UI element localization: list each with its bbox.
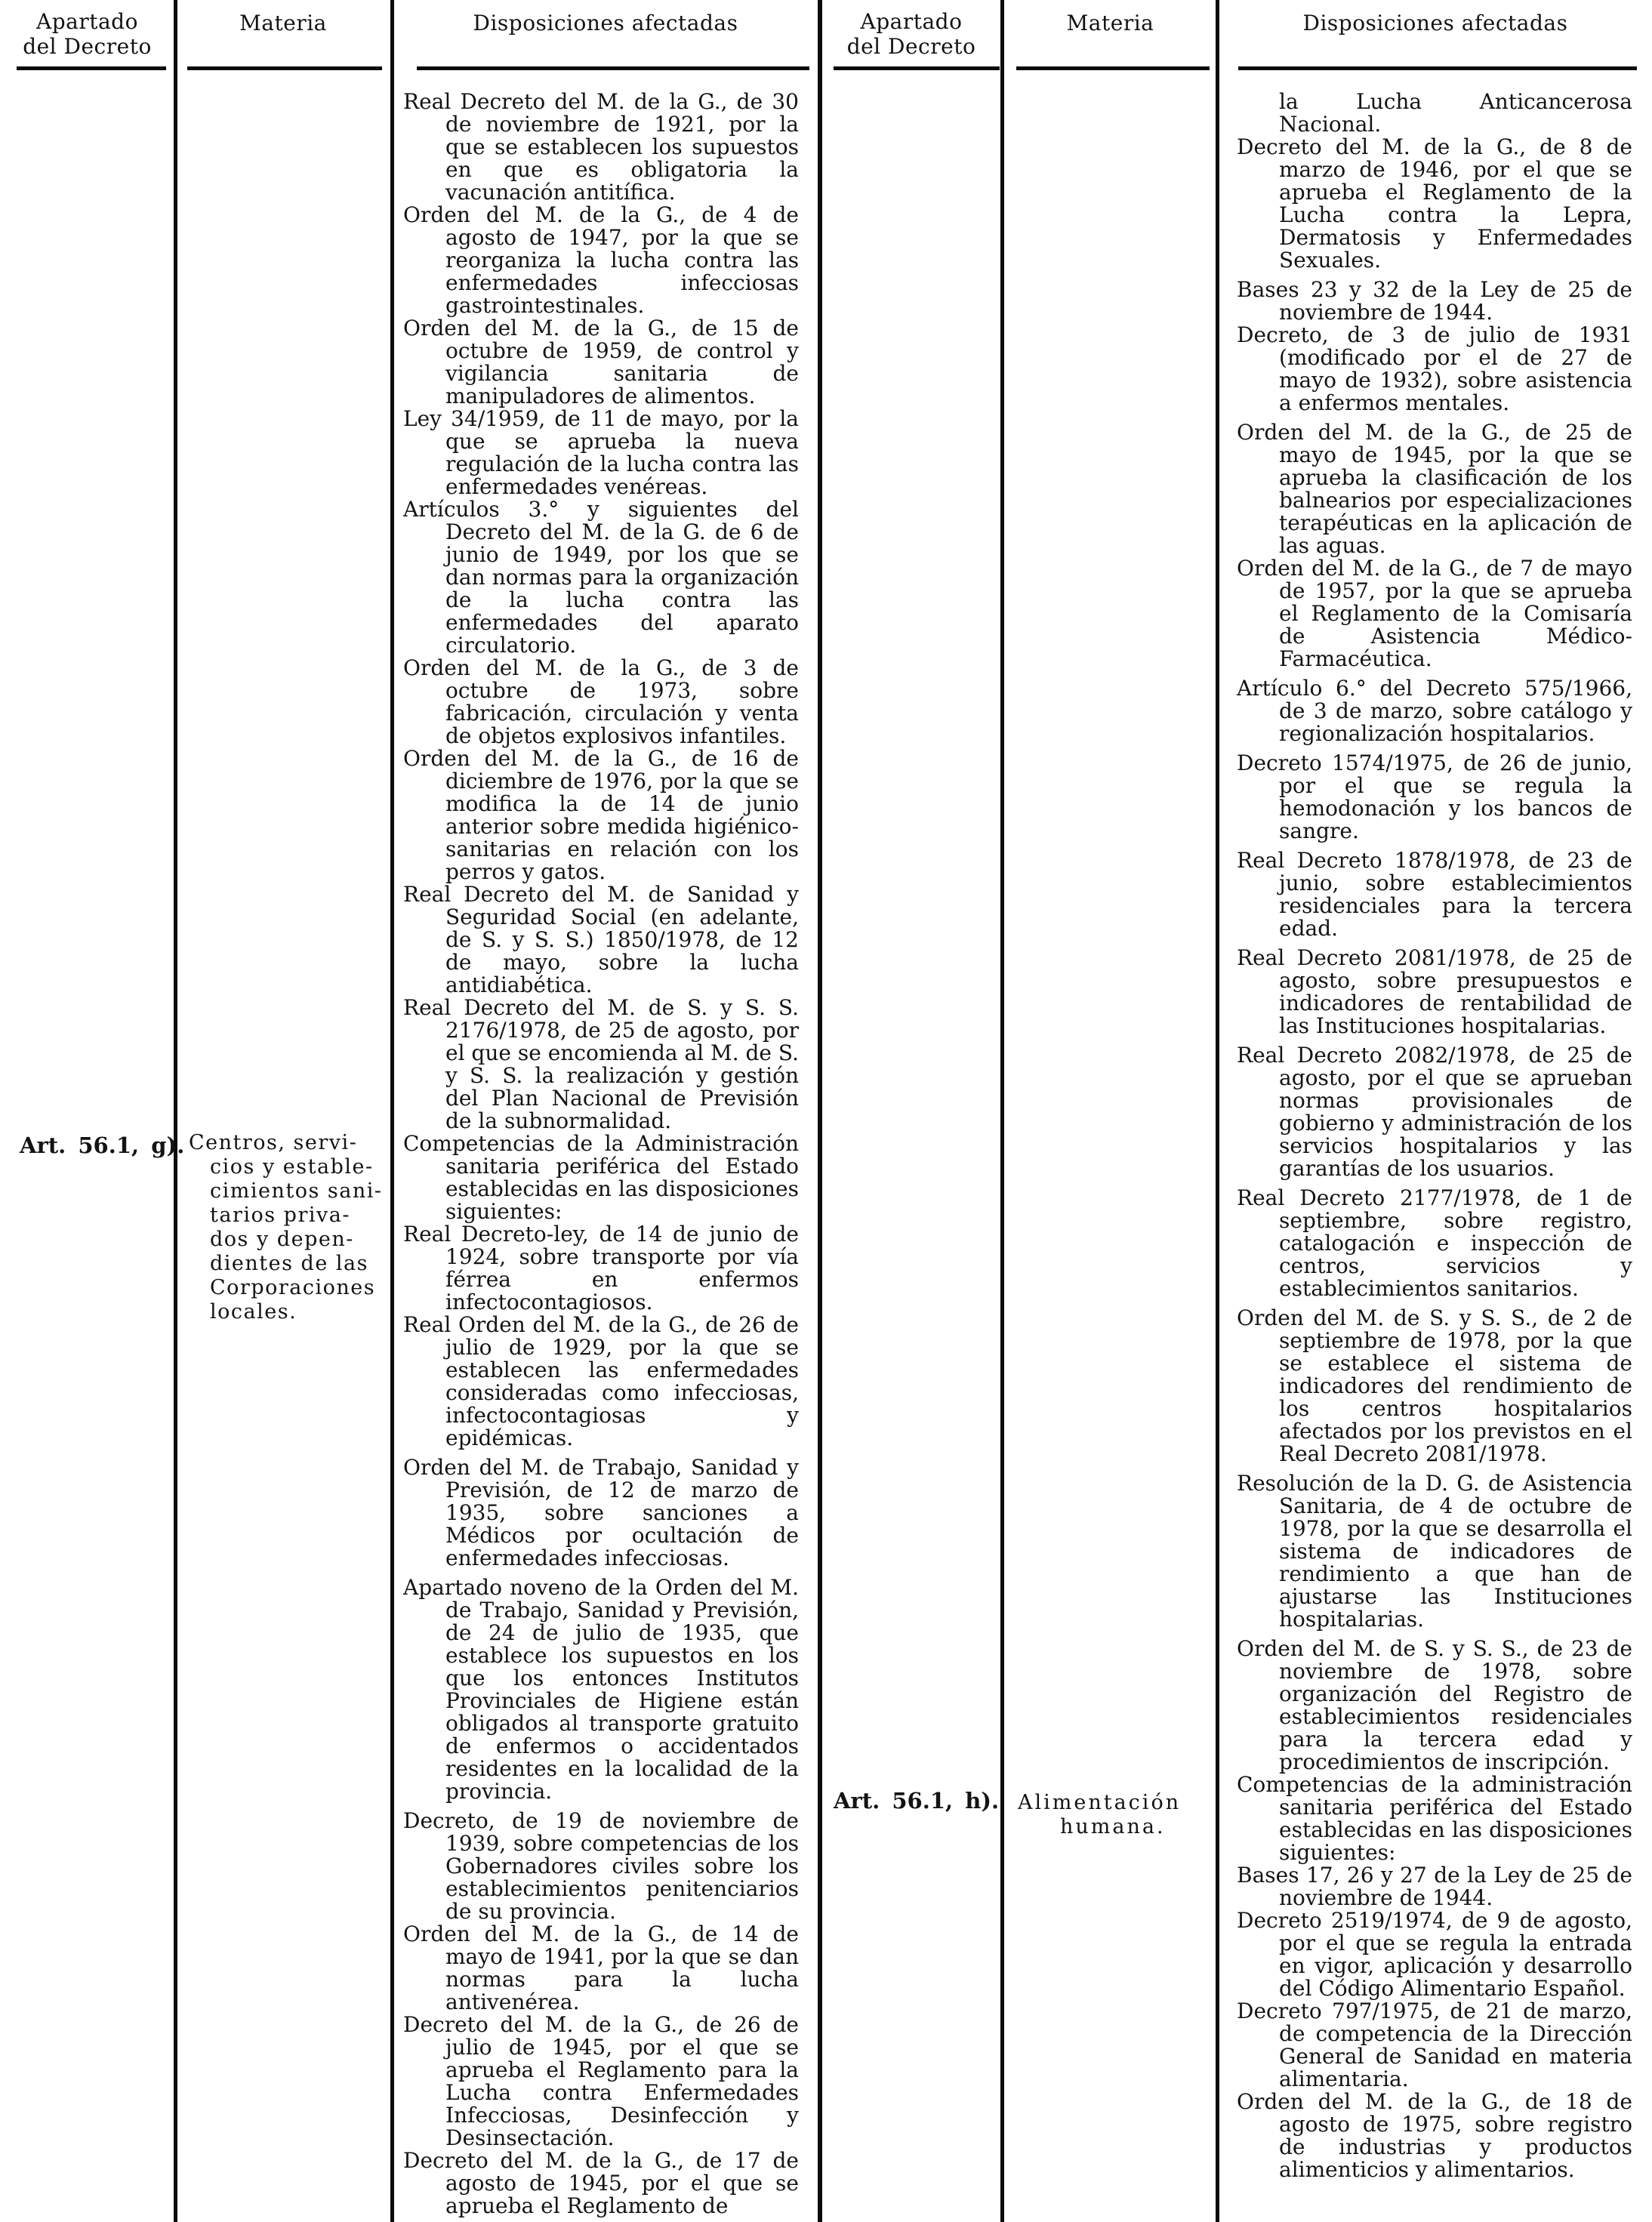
header-rule (1016, 66, 1210, 70)
gazette-page: Apartado del Decreto Materia Disposicion… (0, 0, 1652, 2222)
header-disposiciones-right: Disposiciones afectadas (1227, 11, 1644, 35)
disposicion-entry: Orden del M. de la G., de 16 de diciembr… (403, 747, 799, 883)
disposicion-entry: Decreto 797/1975, de 21 de marzo, de com… (1237, 2000, 1632, 2091)
disposicion-entry: Orden del M. de Trabajo, Sanidad y Previ… (403, 1456, 799, 1570)
disposiciones-column-left: Real Decreto del M. de la G., de 30 de n… (403, 91, 799, 2217)
disposicion-entry: Orden del M. de la G., de 15 de octubre … (403, 317, 799, 408)
divider-center (818, 0, 822, 2222)
disposicion-entry: Artículo 6.° del Decreto 575/1966, de 3 … (1237, 677, 1632, 745)
disposicion-entry: Orden del M. de la G., de 4 de agosto de… (403, 204, 799, 317)
disposicion-entry: Real Orden del M. de la G., de 26 de jul… (403, 1314, 799, 1450)
divider-left-col2-col3 (390, 0, 394, 2222)
divider-right-col2-col3 (1216, 0, 1219, 2222)
disposicion-entry: Decreto, de 19 de noviembre de 1939, sob… (403, 1810, 799, 1923)
header-rule (417, 66, 809, 70)
header-rule (17, 66, 166, 70)
disposicion-entry: Real Decreto del M. de S. y S. S. 2176/1… (403, 997, 799, 1133)
disposiciones-column-right: la Lucha Anticancerosa Nacional.Decreto … (1237, 91, 1632, 2181)
header-materia-left: Materia (181, 11, 385, 35)
disposicion-entry: Competencias de la administración sanita… (1237, 1774, 1632, 1864)
divider-left-col1-col2 (174, 0, 177, 2222)
header-rule (834, 66, 1000, 70)
header-disposiciones-left: Disposiciones afectadas (399, 11, 812, 35)
disposicion-entry: Ley 34/1959, de 11 de mayo, por la que s… (403, 408, 799, 498)
disposicion-entry: Decreto 1574/1975, de 26 de junio, por e… (1237, 752, 1632, 843)
disposicion-entry: Decreto del M. de la G., de 8 de marzo d… (1237, 136, 1632, 272)
disposicion-entry: Decreto del M. de la G., de 26 de julio … (403, 2014, 799, 2150)
materia-entry-right: Alimentación humana. (1018, 1791, 1255, 1839)
disposicion-entry: Decreto, de 3 de julio de 1931 (modifica… (1237, 324, 1632, 415)
disposicion-entry: Competencias de la Administración sanita… (403, 1133, 799, 1223)
disposicion-entry: Real Decreto 2082/1978, de 25 de agosto,… (1237, 1044, 1632, 1180)
disposicion-entry: Orden del M. de la G., de 14 de mayo de … (403, 1923, 799, 2014)
disposicion-entry: Orden del M. de la G., de 7 de mayo de 1… (1237, 557, 1632, 670)
disposicion-entry: Decreto 2519/1974, de 9 de agosto, por e… (1237, 1909, 1632, 2000)
disposicion-entry: Apartado noveno de la Orden del M. de Tr… (403, 1576, 799, 1803)
disposicion-entry: Real Decreto del M. de la G., de 30 de n… (403, 91, 799, 204)
disposicion-entry: Artículos 3.° y siguientes del Decreto d… (403, 498, 799, 657)
divider-right-col1-col2 (1000, 0, 1004, 2222)
disposicion-entry: Real Decreto 1878/1978, de 23 de junio, … (1237, 849, 1632, 940)
materia-entry-left: Centros, servi- cios y estable- cimiento… (189, 1131, 408, 1324)
apartado-entry-right: Art. 56.1, h). (834, 1788, 999, 1814)
header-apartado-right: Apartado del Decreto (828, 9, 995, 59)
disposicion-entry: Orden del M. de la G., de 3 de octubre d… (403, 657, 799, 747)
disposicion-entry: Orden del M. de la G., de 25 de mayo de … (1237, 421, 1632, 557)
disposicion-entry: Decreto del M. de la G., de 17 de agosto… (403, 2150, 799, 2217)
disposicion-entry: Orden del M. de S. y S. S., de 23 de nov… (1237, 1638, 1632, 1774)
disposicion-entry: Orden del M. de S. y S. S., de 2 de sept… (1237, 1307, 1632, 1465)
header-materia-right: Materia (1010, 11, 1210, 35)
header-rule (187, 66, 382, 70)
disposicion-entry: Real Decreto 2177/1978, de 1 de septiemb… (1237, 1187, 1632, 1300)
disposicion-entry: Resolución de la D. G. de Asistencia San… (1237, 1472, 1632, 1631)
header-rule (1238, 66, 1637, 70)
disposicion-entry: Orden del M. de la G., de 18 de agosto d… (1237, 2091, 1632, 2181)
disposicion-entry: la Lucha Anticancerosa Nacional. (1237, 91, 1632, 136)
disposicion-entry: Real Decreto-ley, de 14 de junio de 1924… (403, 1223, 799, 1314)
disposicion-entry: Bases 23 y 32 de la Ley de 25 de noviemb… (1237, 279, 1632, 324)
disposicion-entry: Real Decreto 2081/1978, de 25 de agosto,… (1237, 947, 1632, 1037)
disposicion-entry: Bases 17, 26 y 27 de la Ley de 25 de nov… (1237, 1864, 1632, 1909)
apartado-entry-left: Art. 56.1, g). (20, 1133, 184, 1158)
header-apartado-left: Apartado del Decreto (6, 9, 168, 59)
disposicion-entry: Real Decreto del M. de Sanidad y Segurid… (403, 883, 799, 997)
